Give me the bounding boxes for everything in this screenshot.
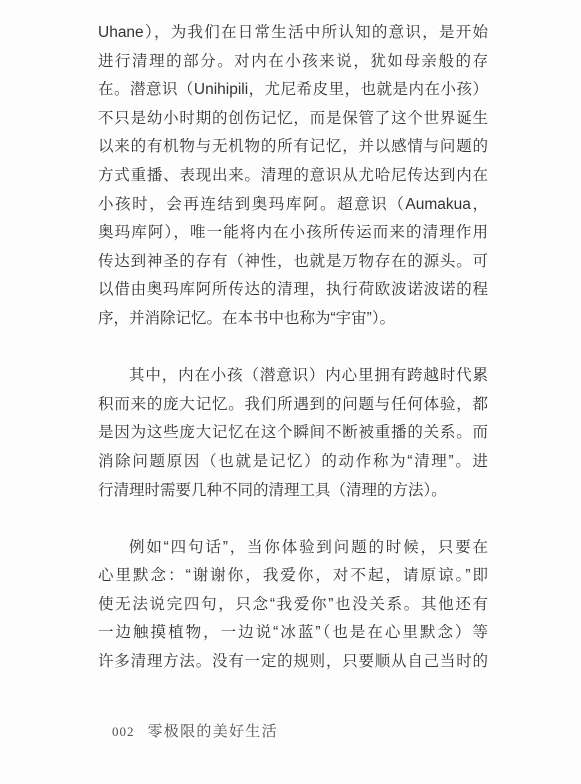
paragraph: 其中，内在小孩（潜意识）内心里拥有跨越时代累积而来的庞大记忆。我们所遇到的问题与…: [98, 362, 488, 505]
text-line: 方式重播、表现出来。清理的意识从尤哈尼传达到内在: [98, 162, 488, 191]
body-text-block: Uhane），为我们在日常生活中所认知的意识，是开始进行清理的部分。对内在小孩来…: [98, 19, 488, 677]
text-line: 以借由奥玛库阿所传达的清理，执行荷欧波诺波诺的程: [98, 276, 488, 305]
text-line: 是因为这些庞大记忆在这个瞬间不断被重播的关系。而: [98, 419, 488, 448]
text-line: 消除问题原因（也就是记忆）的动作称为“清理”。进: [98, 448, 488, 477]
text-line: 不只是幼小时期的创伤记忆，而是保管了这个世界诞生: [98, 105, 488, 134]
book-page: Uhane），为我们在日常生活中所认知的意识，是开始进行清理的部分。对内在小孩来…: [0, 0, 581, 784]
text-line: 进行清理的部分。对内在小孩来说，犹如母亲般的存: [98, 48, 488, 77]
page-footer: 002 零极限的美好生活: [112, 720, 278, 741]
text-line: 以来的有机物与无机物的所有记忆，并以感情与问题的: [98, 133, 488, 162]
text-line: 其中，内在小孩（潜意识）内心里拥有跨越时代累: [98, 362, 488, 391]
text-line: 奥玛库阿），唯一能将内在小孩所传运而来的清理作用: [98, 219, 488, 248]
text-line: 小孩时，会再连结到奥玛库阿。超意识（Aumakua，: [98, 191, 488, 220]
paragraph: 例如“四句话”，当你体验到问题的时候，只要在心里默念：“谢谢你，我爱你，对不起，…: [98, 534, 488, 677]
text-line: 积而来的庞大记忆。我们所遇到的问题与任何体验，都: [98, 391, 488, 420]
text-line: 使无法说完四句，只念“我爱你”也没关系。其他还有: [98, 591, 488, 620]
text-line: 序，并消除记忆。在本书中也称为“宇宙”）。: [98, 305, 488, 334]
text-line: 许多清理方法。没有一定的规则，只要顺从自己当时的: [98, 648, 488, 677]
paragraph: Uhane），为我们在日常生活中所认知的意识，是开始进行清理的部分。对内在小孩来…: [98, 19, 488, 334]
text-line: 例如“四句话”，当你体验到问题的时候，只要在: [98, 534, 488, 563]
book-title: 零极限的美好生活: [148, 720, 278, 741]
text-line: 行清理时需要几种不同的清理工具（清理的方法）。: [98, 477, 488, 506]
text-line: 一边触摸植物，一边说“冰蓝”（也是在心里默念）等: [98, 619, 488, 648]
page-number: 002: [112, 724, 135, 740]
text-line: 在。潜意识（Unihipili，尤尼希皮里，也就是内在小孩）: [98, 76, 488, 105]
text-line: 传达到神圣的存有（神性，也就是万物存在的源头。可: [98, 248, 488, 277]
text-line: 心里默念：“谢谢你，我爱你，对不起，请原谅。”即: [98, 562, 488, 591]
text-line: Uhane），为我们在日常生活中所认知的意识，是开始: [98, 19, 488, 48]
